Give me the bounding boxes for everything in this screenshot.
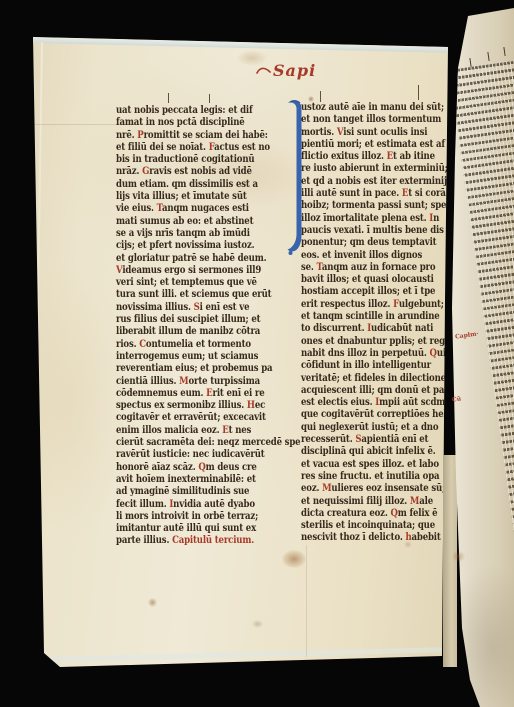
text-line: ones et dnabuntur pplis; et reg [301,335,479,347]
text-line: uat nobis peccata legis: et dif [116,104,294,116]
text-line: cijs; et pfert novissima iustoz. [116,239,294,251]
text-line: lijs vita illius; et īmutate sūt [116,190,294,202]
text-line: que cogitavērūt correptiōes hebūt; [301,408,479,420]
text-line: avit hoīem inexterminabilē: et [116,473,294,485]
text-line: imitantur autē illū qui sunt ex [116,522,294,534]
text-line: recesserūt. Sapientiā enī et [301,433,479,445]
text-line: cōdemnemus eum. Erit enī ei re [116,387,294,399]
text-line: se a vijs nrīs tanqm ab īmūdi [116,227,294,239]
text-line: dum etiam. qm dissimilis est a [116,178,294,190]
text-line: spectus ex sermonibz illius. Hec [116,399,294,411]
under-page-edge [443,455,457,667]
text-line: et filiū dei se noīat. Factus est no [116,141,294,153]
text-line: fecit illum. Invidia autē dyabo [116,498,294,510]
text-line: cogitavēr et erravērūt; excecavit [116,411,294,423]
text-line: rios. Contumelia et tormento [116,338,294,350]
text-line: bis in traductionē cogitationū [116,153,294,165]
flourish-icon [256,66,272,76]
stain [282,550,306,568]
text-line: qui neglexerūt iustū; et a dno [301,421,479,433]
ascender-stroke [168,93,169,103]
page-edge-highlight-top [31,37,449,53]
stain [148,598,157,607]
text-line: veritatē; et fideles in dilectione [301,372,479,384]
text-line: acquiescent illi; qm donū et pax [301,384,479,396]
text-line: tura sunt illi. et sciemus que erūt [116,288,294,300]
text-line: hoibz; tormenta passi sunt; spes [301,199,479,211]
vertical-crease [306,545,307,657]
ascender-stroke [209,94,210,103]
text-line: et qd a nobis est iter exterminij; [301,175,479,187]
text-line: cientiā illius. Morte turpissima [116,375,294,387]
vellum-page: Sapi uat nobis peccata legis: et diffama… [0,0,514,707]
curled-page-text-texture [449,60,514,557]
text-line: illi autē sunt in pace. Et si corā [301,187,479,199]
text-line: re iusto abierunt in exterminiū; [301,162,479,174]
text-line: ad ymaginē similitudinis sue [116,485,294,497]
text-line: eos. et invenit illos dignos [301,249,479,261]
text-line: Videamus ergo si sermones ill9 [116,264,294,276]
text-line: paucis vexati. ī multis bene dis [301,224,479,236]
text-line: mortis. Visi sunt oculis insi [301,126,479,138]
running-title-text: Sapi [273,61,316,80]
text-line: et gloriatur patrē se habē deum. [116,252,294,264]
left-column-lines: uat nobis peccata legis: et diffamat in … [116,104,294,547]
initial-letter-icon [286,98,308,256]
text-line: li mors introivit in orbē terraz; [116,510,294,522]
text-line: ravērūt iusticie: nec iudicavērūt [116,448,294,460]
text-line: interrogemus eum; ut sciamus [116,350,294,362]
stain [252,620,263,628]
ascender-stroke [418,85,419,100]
text-line: parte illius. Capitulū tercium. [116,534,294,546]
text-line: nabit dns illoz in perpetuū. Qui [301,347,479,359]
text-line: ponentur; qm deus temptavit [301,236,479,248]
text-line: ustoz autē aīe in manu dei sūt; [301,101,479,113]
text-line: vie eius. Tanqm nugaces esti [116,202,294,214]
text-line: reverentiam eius; et probemus pa [116,362,294,374]
text-line: se. Tanqm auz in fornace pro [301,261,479,273]
text-line: enim illos malicia eoz. Et nes [116,424,294,436]
text-line: novissima illius. Si enī est ve [116,301,294,313]
text-line: cierūt sacramēta dei: neqz mercedē spe [116,436,294,448]
running-title: Sapi [256,61,316,80]
text-line: famat in nos pctā disciplinē [116,116,294,128]
text-line: flictio exitus illoz. Et ab itine [301,150,479,162]
text-line: bavit illos; et quasi olocausti [301,273,479,285]
text-line: nrē. Promittit se sciam dei habē: [116,129,294,141]
illuminated-initial-I [286,98,308,256]
text-line: nrāz. Gravis est nobis ad vidē [116,165,294,177]
page-edge-highlight-bottom [48,647,442,662]
text-line: cōfidunt in illo intelligentur [301,359,479,371]
text-line: honorē aīaz scāz. Qm deus cre [116,461,294,473]
manuscript-photo: Sapi uat nobis peccata legis: et diffama… [0,0,514,707]
curled-page-rubric-fragment: Cū [452,395,462,403]
text-line: illoz īmortalitate plena est. In [301,212,479,224]
text-line: to discurrent. Iudicabūt nati [301,322,479,334]
text-line: mati sumus ab eo: et abstinet [116,215,294,227]
fold-crease [31,42,43,652]
text-line: liberabit illum de manibz cōtra [116,325,294,337]
text-line: veri sint; et temptemus que vē [116,276,294,288]
text-line: rus filius dei suscipiet illum; et [116,313,294,325]
text-line: et non tanget illos tormentum [301,113,479,125]
text-line: pientiū mori; et estimata est af [301,138,479,150]
